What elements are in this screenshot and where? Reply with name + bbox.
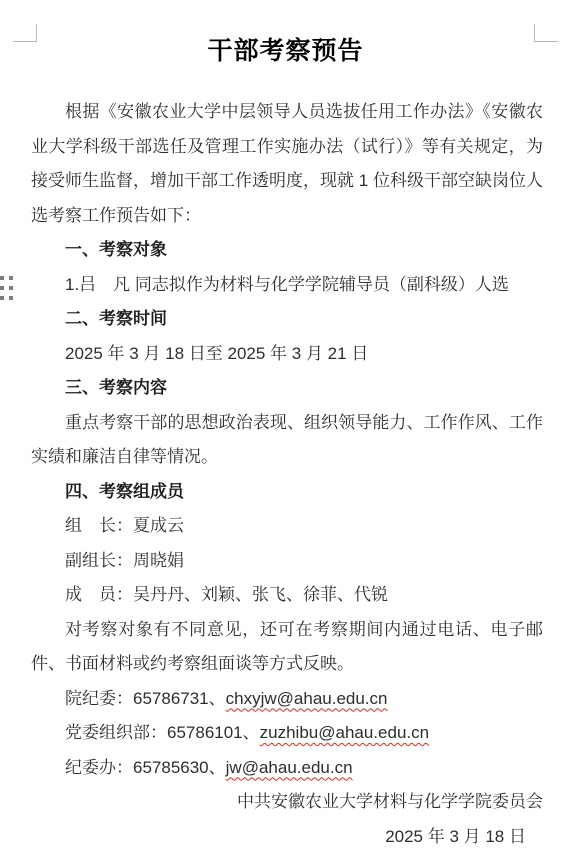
member-line-deputy: 副组长：周晓娟: [31, 544, 543, 579]
intro-paragraph: 根据《安徽农业大学中层领导人员选拔任用工作办法》《安徽农业大学科级干部选任及管理…: [31, 95, 543, 233]
contact-line-discipline-committee: 院纪委：65786731、chxyjw@ahau.edu.cn: [31, 682, 543, 717]
contact-phone: 65786731、: [133, 689, 226, 708]
feedback-note-paragraph: 对考察对象有不同意见，还可在考察期间内通过电话、电子邮件、书面材料或约考察组面谈…: [31, 613, 543, 682]
section-heading-schedule: 二、考察时间: [31, 302, 543, 337]
contact-label: 纪委办：: [65, 758, 133, 777]
contact-label: 院纪委：: [65, 689, 133, 708]
candidate-line: 1.吕 凡 同志拟作为材料与化学学院辅导员（副科级）人选: [31, 268, 543, 303]
member-line-leader: 组 长：夏成云: [31, 509, 543, 544]
signature-line: 中共安徽农业大学材料与化学学院委员会: [31, 785, 543, 820]
document-page[interactable]: 干部考察预告 根据《安徽农业大学中层领导人员选拔任用工作办法》《安徽农业大学科级…: [0, 0, 571, 857]
inspection-content-paragraph: 重点考察干部的思想政治表现、组织领导能力、工作作风、工作实绩和廉洁自律等情况。: [31, 406, 543, 475]
contact-phone: 65785630、: [133, 758, 226, 777]
contact-email: jw@ahau.edu.cn: [226, 758, 353, 777]
section-heading-content: 三、考察内容: [31, 371, 543, 406]
section-heading-targets: 一、考察对象: [31, 233, 543, 268]
contact-email: chxyjw@ahau.edu.cn: [226, 689, 388, 708]
contact-phone: 65786101、: [167, 723, 260, 742]
inspection-period-line: 2025 年 3 月 18 日至 2025 年 3 月 21 日: [31, 337, 543, 372]
contact-label: 党委组织部：: [65, 723, 167, 742]
signature-date-line: 2025 年 3 月 18 日: [31, 820, 543, 855]
document-body[interactable]: 根据《安徽农业大学中层领导人员选拔任用工作办法》《安徽农业大学科级干部选任及管理…: [31, 95, 543, 854]
drag-handle-dots-icon: [0, 276, 4, 280]
document-title: 干部考察预告: [0, 32, 571, 70]
contact-line-organization-dept: 党委组织部：65786101、zuzhibu@ahau.edu.cn: [31, 716, 543, 751]
member-line-members: 成 员：吴丹丹、刘颖、张飞、徐菲、代锐: [31, 578, 543, 613]
contact-line-discipline-office: 纪委办：65785630、jw@ahau.edu.cn: [31, 751, 543, 786]
contact-email: zuzhibu@ahau.edu.cn: [260, 723, 429, 742]
section-heading-members: 四、考察组成员: [31, 475, 543, 510]
